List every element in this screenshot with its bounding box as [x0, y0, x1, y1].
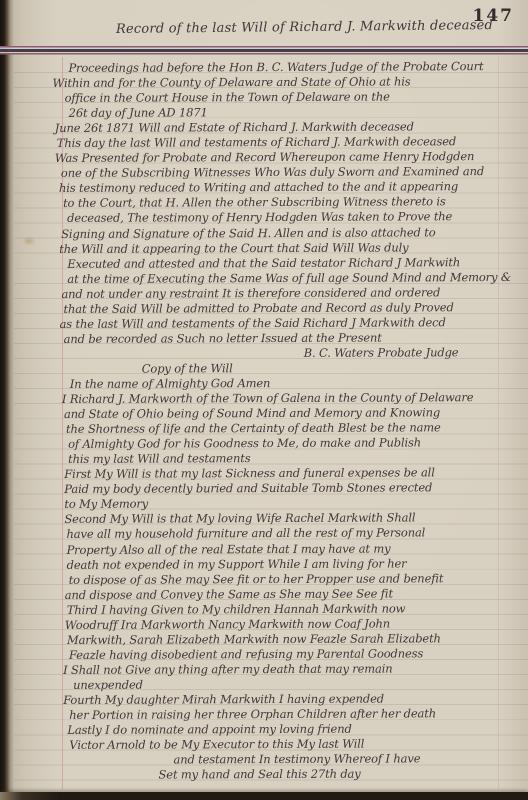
manuscript-line: to dispose of as She may See fit or to h… [69, 571, 509, 588]
page-stain [22, 236, 36, 246]
binding-edge [0, 0, 14, 800]
page-title: Record of the last Will of Richard J. Ma… [116, 18, 493, 37]
manuscript-line: Proceedings had before the Hon B. C. Wat… [68, 59, 506, 76]
manuscript-body: Proceedings had before the Hon B. C. Wat… [50, 59, 509, 783]
manuscript-line: as the last Will and testaments of the S… [60, 315, 508, 332]
manuscript-line: and testament In testimony Whereof I hav… [173, 751, 509, 768]
page-bottom-edge [0, 792, 528, 800]
manuscript-line: Copy of the Will [142, 360, 508, 377]
manuscript-line: Set my hand and Seal this 27th day [159, 766, 510, 783]
manuscript-line: B. C. Waters Probate Judge [304, 345, 508, 361]
manuscript-line: deceased, The testimony of Henry Hodgden… [67, 209, 507, 226]
header-divider-rule [0, 45, 528, 56]
manuscript-line: Executed and attested and that the Said … [67, 255, 507, 272]
manuscript-page-scan: 147 Record of the last Will of Richard J… [0, 0, 528, 800]
manuscript-line: that the Said Will be admitted to Probat… [63, 300, 507, 317]
manuscript-line: at the time of Executing the Same Was of… [67, 270, 507, 287]
manuscript-line: I Richard J. Markworth of the Town of Ga… [62, 390, 508, 407]
